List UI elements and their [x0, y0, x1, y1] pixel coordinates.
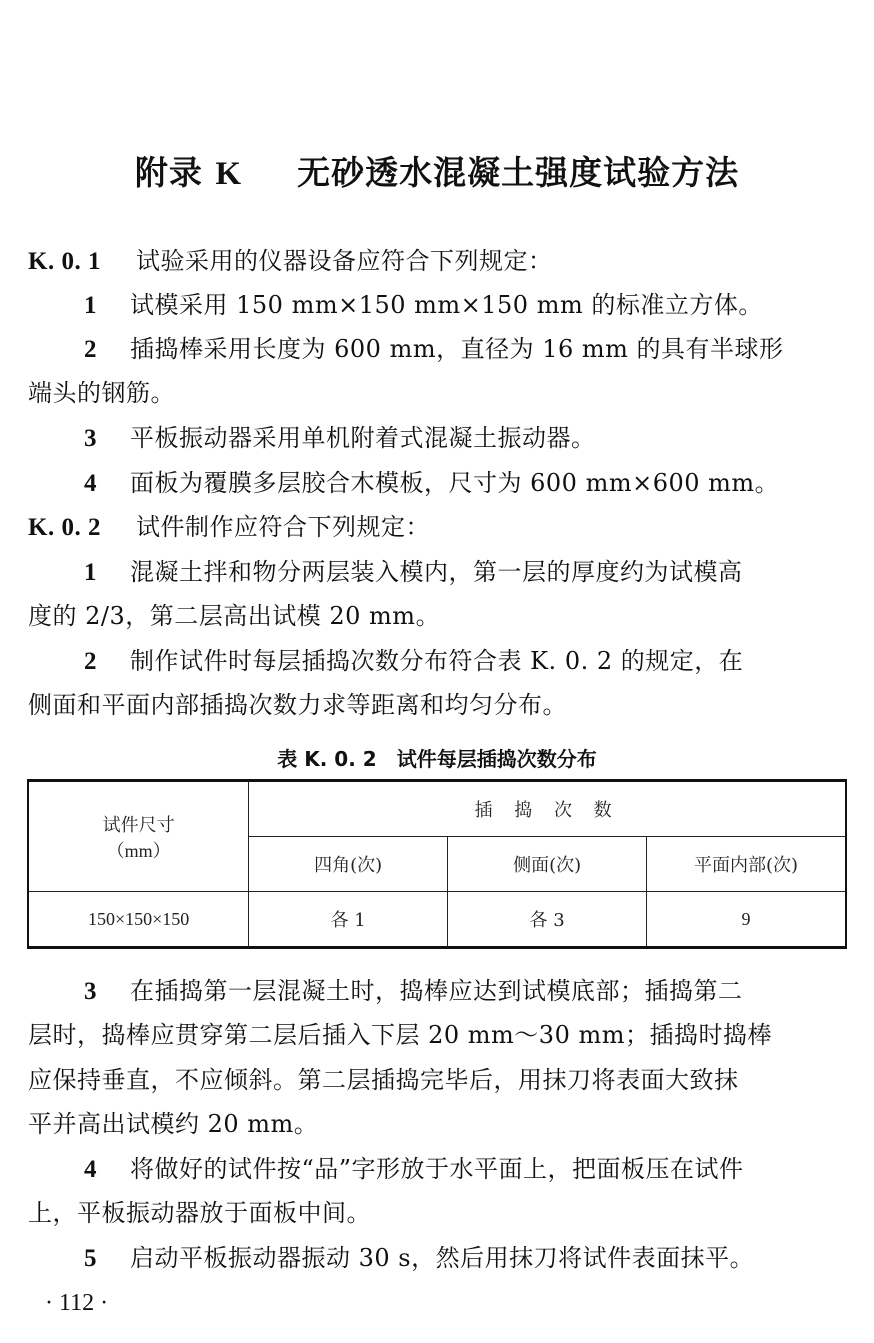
- list-item: 1试模采用 150 mm×150 mm×150 mm 的标准立方体。: [28, 285, 846, 326]
- item-text: 侧面和平面内部插捣次数力求等距离和均匀分布。: [28, 691, 567, 719]
- item-text: 上，平板振动器放于面板中间。: [28, 1199, 371, 1227]
- table-caption: 表 K. 0. 2试件每层插捣次数分布: [0, 744, 874, 774]
- clause-number: K. 0. 2: [28, 508, 136, 548]
- cell-corner: 各 1: [249, 892, 448, 948]
- clause-k02-heading: K. 0. 2试件制作应符合下列规定：: [28, 507, 846, 548]
- item-text: 应保持垂直，不应倾斜。第二层插捣完毕后，用抹刀将表面大致抹: [28, 1066, 739, 1094]
- item-text: 插捣棒采用长度为 600 mm，直径为 16 mm 的具有半球形: [130, 335, 784, 363]
- appendix-prefix: 附录: [135, 153, 203, 192]
- item-text: 端头的钢筋。: [28, 379, 175, 407]
- header-side: 侧面(次): [448, 837, 647, 892]
- clause-heading-text: 试件制作应符合下列规定：: [136, 513, 430, 541]
- clause-k01-heading: K. 0. 1试验采用的仪器设备应符合下列规定：: [28, 241, 846, 282]
- list-item: 2制作试件时每层插捣次数分布符合表 K. 0. 2 的规定，在: [28, 641, 846, 682]
- item-number: 4: [84, 1150, 130, 1190]
- table-row: 150×150×150 各 1 各 3 9: [28, 892, 846, 948]
- list-item-continuation: 应保持垂直，不应倾斜。第二层插捣完毕后，用抹刀将表面大致抹: [28, 1060, 846, 1100]
- item-text: 混凝土拌和物分两层装入模内，第一层的厚度约为试模高: [130, 558, 743, 586]
- clause-number: K. 0. 1: [28, 242, 136, 282]
- list-item-continuation: 侧面和平面内部插捣次数力求等距离和均匀分布。: [28, 685, 846, 725]
- header-size: 试件尺寸 （mm）: [28, 781, 249, 892]
- item-number: 3: [84, 972, 130, 1012]
- list-item-continuation: 层时，捣棒应贯穿第二层后插入下层 20 mm～30 mm；插捣时捣棒: [28, 1015, 846, 1055]
- list-item: 4将做好的试件按“品”字形放于水平面上，把面板压在试件: [28, 1149, 846, 1190]
- header-size-label: 试件尺寸: [29, 811, 248, 837]
- item-number: 5: [84, 1239, 130, 1279]
- appendix-title: 附录 K 无砂透水混凝土强度试验方法: [0, 148, 874, 199]
- item-number: 2: [84, 642, 130, 682]
- header-group: 插 捣 次 数: [249, 781, 846, 837]
- header-corner: 四角(次): [249, 837, 448, 892]
- item-number: 3: [84, 419, 130, 459]
- item-text: 试模采用 150 mm×150 mm×150 mm 的标准立方体。: [130, 291, 763, 319]
- item-text: 将做好的试件按“品”字形放于水平面上，把面板压在试件: [130, 1155, 744, 1183]
- item-text: 层时，捣棒应贯穿第二层后插入下层 20 mm～30 mm；插捣时捣棒: [28, 1021, 772, 1049]
- cell-size: 150×150×150: [28, 892, 249, 948]
- clause-heading-text: 试验采用的仪器设备应符合下列规定：: [136, 247, 553, 275]
- cell-interior: 9: [647, 892, 846, 948]
- page-number: · 112 ·: [45, 1286, 108, 1320]
- cell-side: 各 3: [448, 892, 647, 948]
- list-item-continuation: 上，平板振动器放于面板中间。: [28, 1193, 846, 1233]
- list-item-continuation: 度的 2/3，第二层高出试模 20 mm。: [28, 596, 846, 636]
- item-number: 4: [84, 464, 130, 504]
- item-text: 度的 2/3，第二层高出试模 20 mm。: [28, 602, 440, 630]
- appendix-letter: K: [215, 156, 242, 192]
- item-text: 面板为覆膜多层胶合木模板，尺寸为 600 mm×600 mm。: [130, 469, 779, 497]
- list-item: 1混凝土拌和物分两层装入模内，第一层的厚度约为试模高: [28, 552, 846, 593]
- item-number: 1: [84, 553, 130, 593]
- item-text: 启动平板振动器振动 30 s，然后用抹刀将试件表面抹平。: [130, 1244, 754, 1272]
- list-item: 3平板振动器采用单机附着式混凝土振动器。: [28, 418, 846, 459]
- list-item: 5启动平板振动器振动 30 s，然后用抹刀将试件表面抹平。: [28, 1238, 846, 1279]
- list-item-continuation: 端头的钢筋。: [28, 373, 846, 413]
- table-title: 试件每层插捣次数分布: [397, 747, 597, 771]
- header-size-unit: （mm）: [29, 837, 248, 863]
- item-number: 2: [84, 330, 130, 370]
- list-item: 4面板为覆膜多层胶合木模板，尺寸为 600 mm×600 mm。: [28, 463, 846, 504]
- item-number: 1: [84, 286, 130, 326]
- insertion-count-table: 试件尺寸 （mm） 插 捣 次 数 四角(次) 侧面(次) 平面内部(次) 15…: [27, 779, 847, 949]
- list-item: 2插捣棒采用长度为 600 mm，直径为 16 mm 的具有半球形: [28, 329, 846, 370]
- item-text: 平板振动器采用单机附着式混凝土振动器。: [130, 424, 596, 452]
- table-label: 表 K. 0. 2: [277, 747, 376, 771]
- header-interior: 平面内部(次): [647, 837, 846, 892]
- appendix-title-text: 无砂透水混凝土强度试验方法: [297, 153, 739, 192]
- item-text: 制作试件时每层插捣次数分布符合表 K. 0. 2 的规定，在: [130, 647, 743, 675]
- list-item-continuation: 平并高出试模约 20 mm。: [28, 1104, 846, 1144]
- item-text: 在插捣第一层混凝土时，捣棒应达到试模底部；插捣第二: [130, 977, 743, 1005]
- list-item: 3在插捣第一层混凝土时，捣棒应达到试模底部；插捣第二: [28, 971, 846, 1012]
- item-text: 平并高出试模约 20 mm。: [28, 1110, 318, 1138]
